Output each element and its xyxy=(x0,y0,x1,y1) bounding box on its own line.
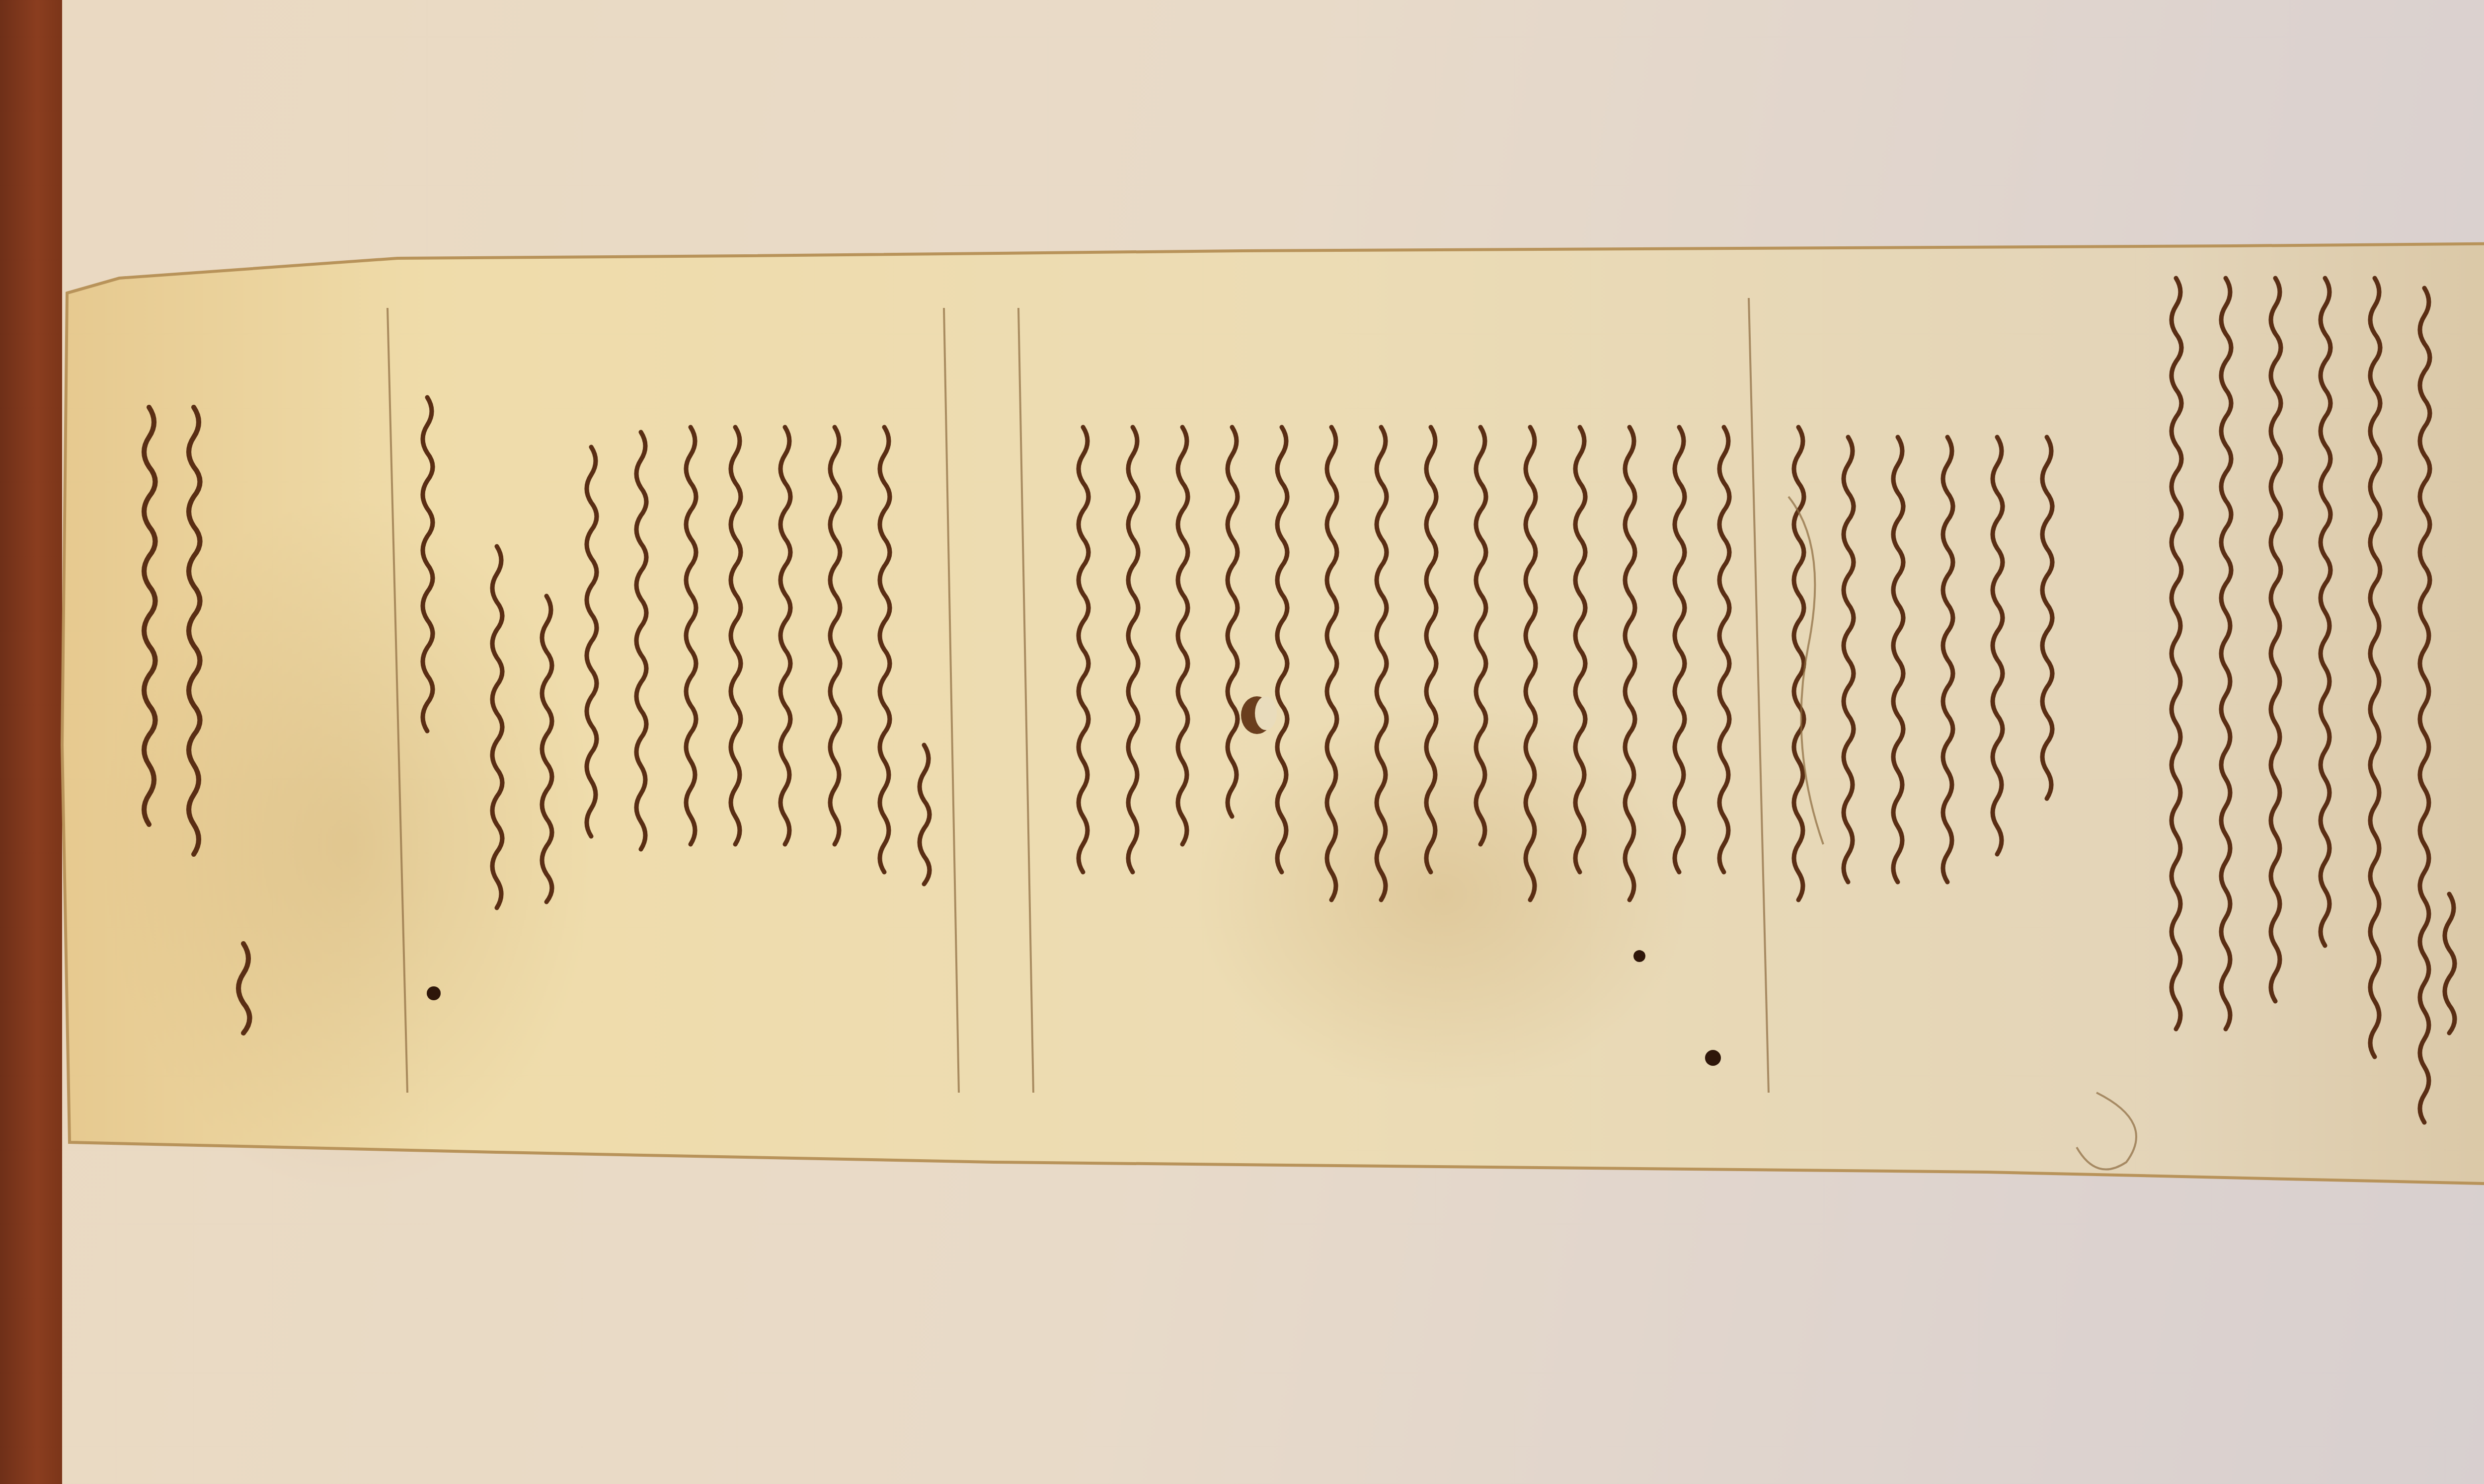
manuscript-photo xyxy=(0,0,2484,1484)
